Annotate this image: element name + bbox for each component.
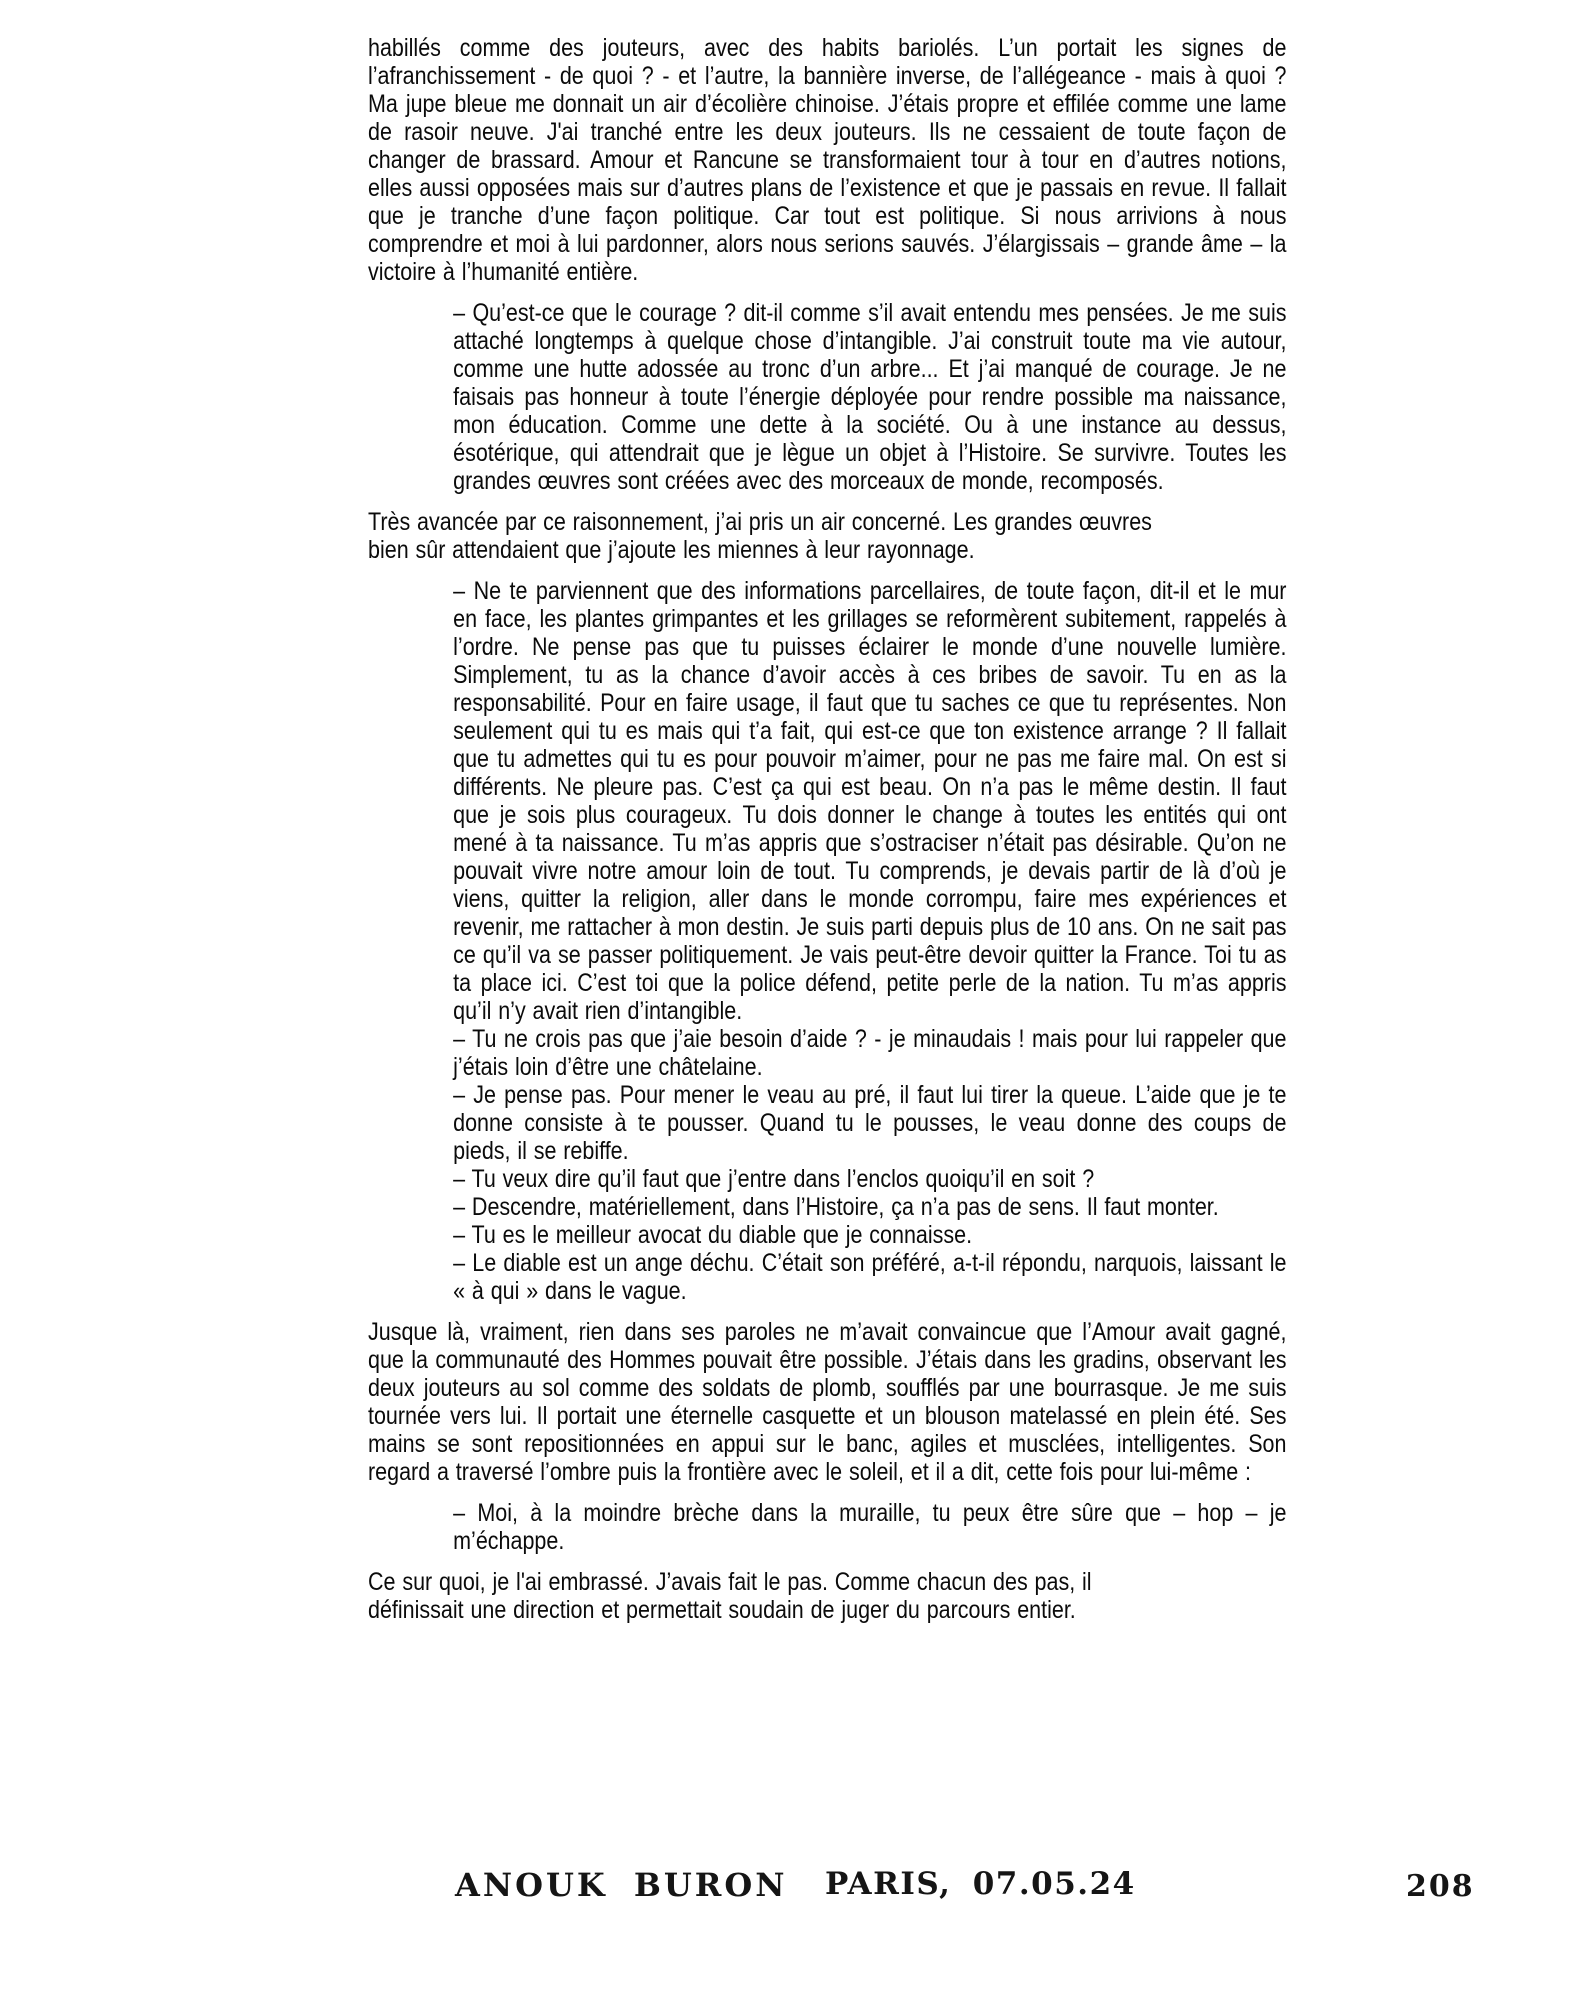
dialogue-paragraph: – Le diable est un ange déchu. C’était s… xyxy=(453,1249,1286,1305)
body-paragraph: habillés comme des jouteurs, avec des ha… xyxy=(368,34,1286,286)
dialogue-paragraph: – Ne te parviennent que des informations… xyxy=(453,577,1286,1025)
dialogue-paragraph: – Tu es le meilleur avocat du diable que… xyxy=(453,1221,1286,1249)
body-paragraph: Jusque là, vraiment, rien dans ses parol… xyxy=(368,1318,1286,1486)
dialogue-paragraph: – Tu veux dire qu’il faut que j’entre da… xyxy=(453,1165,1286,1193)
dialogue-paragraph: – Moi, à la moindre brèche dans la murai… xyxy=(453,1499,1286,1555)
book-page: habillés comme des jouteurs, avec des ha… xyxy=(0,0,1575,2008)
footer-page-number: 208 xyxy=(1406,1869,1475,1904)
page-footer: ANOUK BURON PARIS, 07.05.24 208 xyxy=(0,1864,1575,1910)
dialogue-paragraph: – Qu’est-ce que le courage ? dit-il comm… xyxy=(453,299,1286,495)
footer-place-date: PARIS, 07.05.24 xyxy=(825,1866,1136,1902)
body-paragraph: Ce sur quoi, je l'ai embrassé. J’avais f… xyxy=(368,1568,1286,1624)
body-paragraph: Très avancée par ce raisonnement, j’ai p… xyxy=(368,508,1286,564)
footer-author: ANOUK BURON xyxy=(455,1866,787,1904)
dialogue-paragraph: – Descendre, matériellement, dans l’Hist… xyxy=(453,1193,1286,1221)
dialogue-paragraph: – Je pense pas. Pour mener le veau au pr… xyxy=(453,1081,1286,1165)
text-column: habillés comme des jouteurs, avec des ha… xyxy=(368,34,1286,1624)
dialogue-paragraph: – Tu ne crois pas que j’aie besoin d’aid… xyxy=(453,1025,1286,1081)
